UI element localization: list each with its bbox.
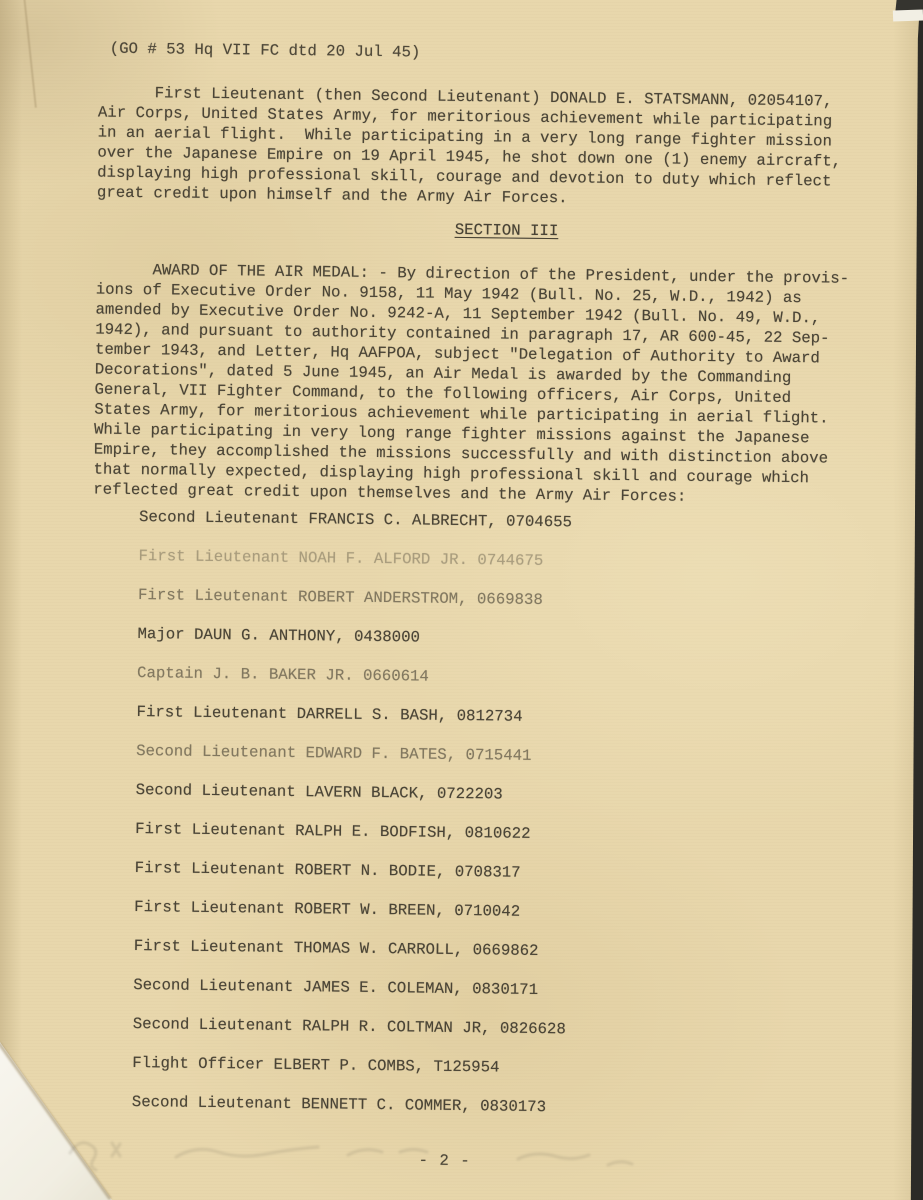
general-order-reference: (GO # 53 Hq VII FC dtd 20 Jul 45) [110, 40, 421, 62]
officer-roster: Second Lieutenant FRANCIS C. ALBRECHT, 0… [132, 498, 840, 1131]
award-paragraph: AWARD OF THE AIR MEDAL: - By direction o… [93, 260, 888, 510]
section-heading: SECTION III [110, 217, 902, 245]
citation-paragraph: First Lieutenant (then Second Lieutenant… [97, 83, 890, 213]
roster-entry: Second Lieutenant BENNETT C. COMMER, 083… [132, 1083, 832, 1131]
page-number: - 2 - [0, 1146, 906, 1175]
scanned-page: (GO # 53 Hq VII FC dtd 20 Jul 45) First … [0, 0, 923, 1200]
typewritten-content: (GO # 53 Hq VII FC dtd 20 Jul 45) First … [0, 0, 923, 1200]
